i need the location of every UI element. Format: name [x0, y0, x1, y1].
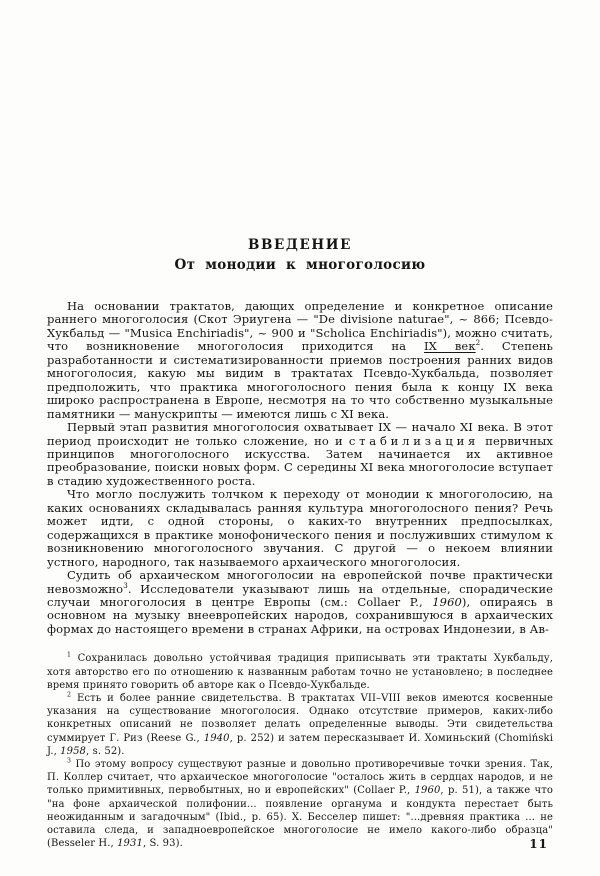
footnote-marker: 2 [67, 692, 71, 699]
body-paragraph: На основании трактатов, дающих определен… [47, 300, 553, 421]
chapter-subtitle: От монодии к многоголосию [47, 257, 553, 273]
italic-text: 1931 [117, 838, 143, 849]
body-paragraph: Судить об архаическом многоголосии на ев… [47, 569, 553, 636]
text-run: , S. 93). [143, 838, 183, 849]
italic-text: 1958 [60, 746, 86, 757]
text-run: Сохранилась довольно устойчивая традиция… [47, 653, 553, 690]
italic-text: 1960 [432, 595, 462, 609]
footnote: 1 Сохранилась довольно устойчивая традиц… [47, 652, 553, 692]
footnote: 3 По этому вопросу существуют разные и д… [47, 758, 553, 850]
body-paragraph: Первый этап развития многоголосия охваты… [47, 421, 553, 488]
footnote-marker: 1 [67, 652, 71, 659]
italic-text: 1960 [415, 785, 441, 796]
main-text: На основании трактатов, дающих определен… [47, 300, 553, 636]
body-paragraph: Что могло послужить толчком к переходу о… [47, 488, 553, 569]
letterspaced-text: стабилизация [349, 434, 479, 448]
underlined-text: IX век [424, 339, 476, 353]
book-page: ВВЕДЕНИЕ От монодии к многоголосию На ос… [0, 0, 600, 876]
italic-text: 1940 [204, 733, 230, 744]
text-run: Что могло послужить толчком к переходу о… [47, 487, 553, 568]
footnote-marker: 3 [67, 758, 71, 765]
chapter-title: ВВЕДЕНИЕ [47, 237, 553, 253]
footnote: 2 Есть и более ранние свидетельства. В т… [47, 692, 553, 758]
footnotes-section: 1 Сохранилась довольно устойчивая традиц… [47, 652, 553, 850]
page-number: 11 [529, 837, 548, 851]
text-run: , s. 52). [86, 746, 125, 757]
